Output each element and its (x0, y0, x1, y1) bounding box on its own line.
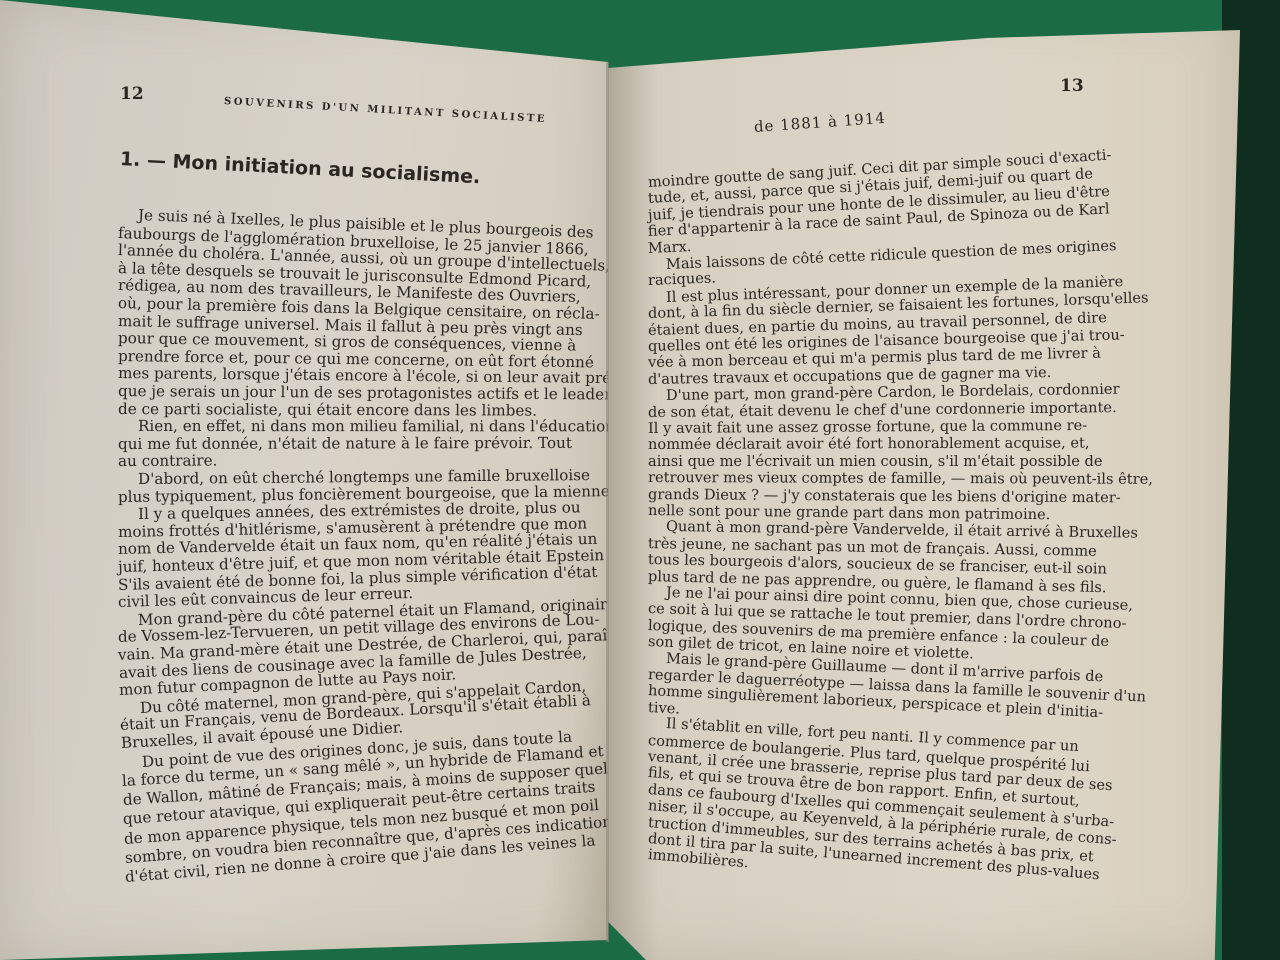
right-text-line: Marx. (648, 240, 692, 257)
right-text-line: Mais laissons de côté cette ridicule que… (666, 239, 1117, 272)
right-text-line: retrouver mes vieux comptes de famille, … (648, 471, 1153, 487)
left-text-line: de ce parti socialiste, qui était encore… (118, 402, 537, 419)
right-running-head: de 1881 à 1914 (753, 109, 886, 136)
chapter-title: 1. — Mon initiation au socialisme. (119, 148, 480, 188)
left-text-line: au contraire. (118, 454, 218, 470)
left-running-head: Souvenirs d'un militant socialiste (224, 96, 548, 125)
left-page: 12 Souvenirs d'un militant socialiste 1.… (0, 0, 608, 960)
right-text-line: raciques. (648, 272, 717, 289)
left-text-line: Rien, en effet, ni dans mon milieu famil… (138, 419, 615, 435)
right-page: 13 de 1881 à 1914 moindre goutte de sang… (608, 0, 1240, 960)
left-text-line: qui me fut donnée, n'était de nature à l… (118, 436, 572, 452)
right-folio: 13 (1060, 76, 1084, 96)
book-gutter (606, 62, 609, 942)
left-folio: 12 (120, 84, 144, 104)
right-text-line: ainsi que me l'écrivait un mien cousin, … (648, 455, 1103, 470)
right-text-line: nommée déclarait avoir été fort honorabl… (648, 437, 1090, 453)
